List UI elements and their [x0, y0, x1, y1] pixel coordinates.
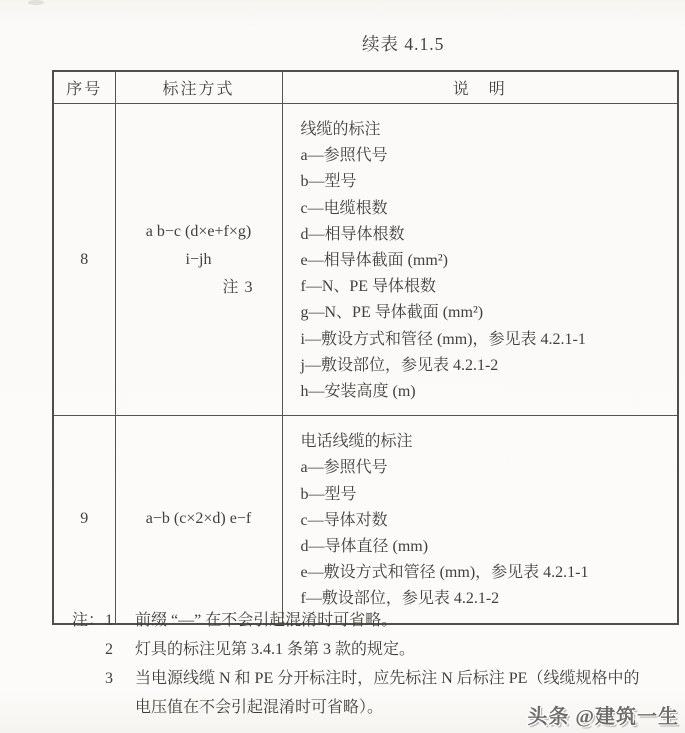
scan-artifact	[28, 0, 44, 5]
description-line: h—安装高度 (m)	[301, 379, 670, 405]
description-line: c—电缆根数	[301, 196, 670, 222]
note-item-1: 注： 1 前缀 “—” 在不会引起混淆时可省略。	[72, 606, 652, 635]
note-item-2: 2 灯具的标注见第 3.4.1 条第 3 款的规定。	[72, 635, 652, 664]
description-line: d—相导体根数	[301, 222, 670, 248]
description-line: d—导体直径 (mm)	[301, 534, 670, 560]
note-text: 灯具的标注见第 3.4.1 条第 3 款的规定。	[135, 635, 652, 664]
method-note-reference: 注 3	[116, 274, 282, 302]
column-header-seq: 序号	[53, 71, 115, 104]
column-header-description: 说 明	[282, 71, 678, 104]
method-formula-line: a−b (c×2×d) e−f	[116, 505, 282, 533]
note-number: 2	[105, 635, 135, 664]
method-formula-line: i−jh	[116, 246, 282, 274]
table-row-8: 8 a b−c (d×e+f×g) i−jh 注 3 线缆的标注 a—参照代号 …	[53, 104, 678, 416]
description-line: g—N、PE 导体截面 (mm²)	[301, 300, 670, 326]
seq-number: 9	[53, 416, 115, 624]
description-line: c—导体对数	[301, 508, 670, 534]
notes-label: 注：	[72, 606, 105, 635]
method-notation: a b−c (d×e+f×g) i−jh 注 3	[115, 104, 282, 416]
note-number: 3	[105, 664, 135, 693]
method-formula-line: a b−c (d×e+f×g)	[116, 218, 282, 246]
description-line: b—型号	[301, 169, 670, 195]
description-line: e—敷设方式和管径 (mm)，参见表 4.2.1-1	[301, 560, 670, 586]
description-line: a—参照代号	[301, 455, 670, 481]
description-line: a—参照代号	[301, 143, 670, 169]
description-line: b—型号	[301, 482, 670, 508]
description-line: j—敷设部位，参见表 4.2.1-2	[301, 353, 670, 379]
watermark: 头条 @建筑一生	[527, 700, 679, 729]
column-header-method: 标注方式	[115, 71, 282, 104]
method-notation: a−b (c×2×d) e−f	[115, 416, 282, 624]
description-line: i—敷设方式和管径 (mm)，参见表 4.2.1-1	[301, 327, 670, 353]
description-cell: 电话线缆的标注 a—参照代号 b—型号 c—导体对数 d—导体直径 (mm) e…	[282, 416, 678, 624]
table-title: 续表 4.1.5	[362, 31, 444, 56]
seq-number: 8	[53, 104, 115, 416]
description-line: 电话线缆的标注	[301, 429, 670, 455]
note-number: 1	[105, 606, 135, 635]
note-text: 前缀 “—” 在不会引起混淆时可省略。	[135, 606, 652, 635]
description-line: f—N、PE 导体根数	[301, 274, 670, 300]
table-header-row: 序号 标注方式 说 明	[53, 71, 678, 104]
description-cell: 线缆的标注 a—参照代号 b—型号 c—电缆根数 d—相导体根数 e—相导体截面…	[282, 104, 678, 416]
description-line: e—相导体截面 (mm²)	[301, 248, 670, 274]
annotation-table: 序号 标注方式 说 明 8 a b−c (d×e+f×g) i−jh 注 3 线…	[52, 70, 679, 625]
description-line: 线缆的标注	[301, 117, 670, 143]
scanned-document-page: 续表 4.1.5 序号 标注方式 说 明 8 a b−c (d×e+f×g) i…	[0, 0, 685, 733]
note-text-line: 当电源线缆 N 和 PE 分开标注时，应先标注 N 后标注 PE（线缆规格中的	[135, 664, 652, 693]
table-row-9: 9 a−b (c×2×d) e−f 电话线缆的标注 a—参照代号 b—型号 c—…	[53, 416, 678, 624]
